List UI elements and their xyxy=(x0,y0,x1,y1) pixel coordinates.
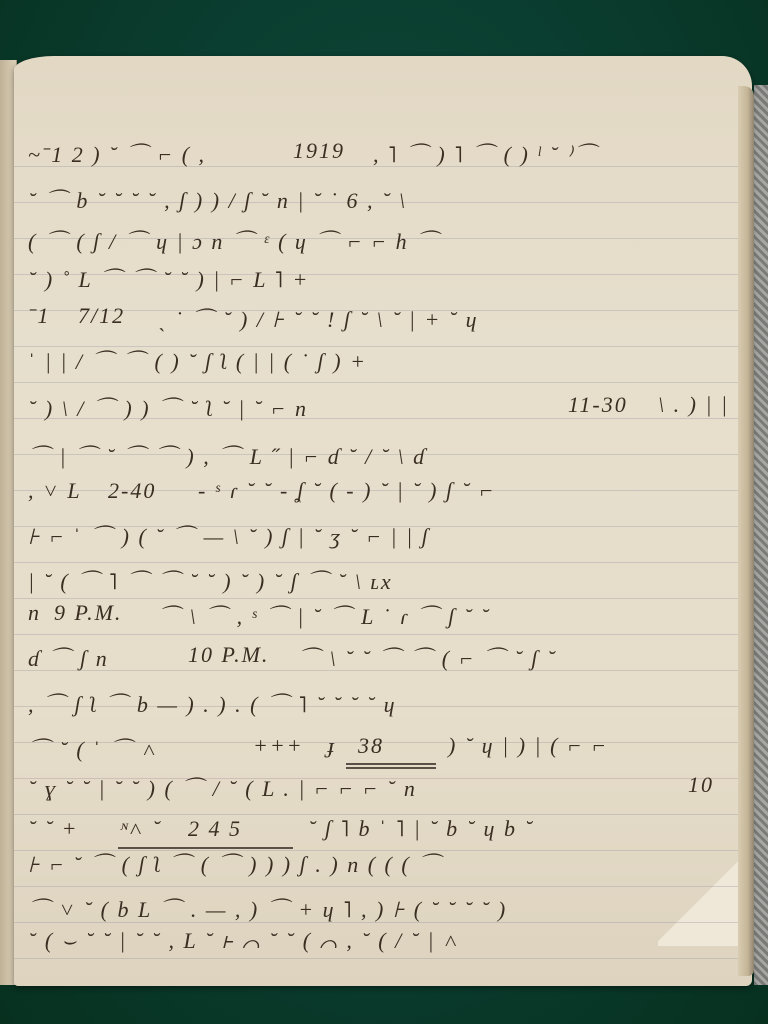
double-underline xyxy=(346,767,436,769)
page-ref-text: 10 xyxy=(688,772,714,798)
shorthand-line-14: , ⌒ ʃ ʅ ⌒ b — ) . ) . ( ⌒ ˥ ˘ ˘ ˘ ˘ ɥ xyxy=(28,688,748,724)
double-underline xyxy=(346,763,436,765)
number-text-38: 38 xyxy=(358,733,384,759)
shorthand-line-10: ⊦ ⌐ ˈ ⌒ ) ( ˘ ⌒ — \ ˘ ) ʃ | ˘ ʒ ˘ ⌐ | | … xyxy=(28,520,748,556)
ruled-line xyxy=(14,814,738,815)
shorthand-line-13: ɗ ⌒ ʃ n 10 P.M. ⌒ \ ˘ ˘ ⌒ ⌒ ( ⌐ ⌒ ˘ ʃ ˘ xyxy=(28,642,748,678)
shorthand-line-6: ˈ | | / ⌒ ⌒ ( ) ˘ ʃ ʅ ( | | ( ˙ ʃ ) + xyxy=(28,345,748,381)
shorthand-line-7: ˘ ) \ / ⌒ ) ) ⌒ ˘ ʅ ˘ | ˘ ⌐ n 11-30 \ . … xyxy=(28,392,748,428)
shorthand-line-1: ~ˉ1 2 ) ˘ ⌒ ⌐ ( , 1919 , ˥ ⌒ ) ˥ ⌒ ( ) ˡ… xyxy=(28,138,748,174)
crosses-text: +++ xyxy=(253,733,304,759)
underlined-group-text: 2 4 5 xyxy=(188,816,242,842)
shorthand-line-3: ( ⌒ ( ʃ / ⌒ ɥ | ɔ n ⌒ ᵋ ( ɥ ⌒ ⌐ ⌐ h ⌒ xyxy=(28,225,748,261)
year-text: 1919 xyxy=(293,138,345,164)
time-text-10pm: 10 P.M. xyxy=(188,642,269,668)
ruled-line xyxy=(14,886,738,887)
shorthand-line-16: ˘ ɣ ˘ ˘ | ˘ ˘ ) ( ⌒ / ˘ ( L . | ⌐ ⌐ ⌐ ˘ … xyxy=(28,772,748,808)
shorthand-line-19: ⌒ ˅ ˘ ( b L ⌒ . — , ) ⌒ + ɥ ˥ , ) ⊦ ( ˘ … xyxy=(28,893,748,929)
shorthand-line-18: ⊦ ⌐ ˘ ⌒ ( ʃ ʅ ⌒ ( ⌒ ) ) ) ʃ . ) n ( ( ( … xyxy=(28,848,748,884)
ruled-line xyxy=(14,382,738,383)
shorthand-line-8: ⌒ | ⌒ ˘ ⌒ ⌒ ) , ⌒ L ˝ | ⌐ ɗ ˘ / ˘ \ ɗ xyxy=(28,440,748,476)
ruled-line xyxy=(14,562,738,563)
shorthand-line-5: ˉ1 7/12 ˎ ˙ ⌒ ˘ ) / ⊦ ˘ ˘ ! ʃ ˘ \ ˘ | + … xyxy=(28,303,748,339)
shorthand-line-15: ⌒ ˘ ( ˈ ⌒ ˄ +++ ɟ 38 ) ˘ ɥ | ) | ( ⌐ ⌐ xyxy=(28,733,748,769)
date-text: 7/12 xyxy=(78,303,125,329)
shorthand-line-4: ˘ ) ˚ L ⌒ ⌒ ˘ ˘ ) | ⌐ L ˥ + xyxy=(28,263,748,299)
time-text-9pm: 9 P.M. xyxy=(54,600,122,626)
shorthand-line-9: , ˅ L 2-40 - ˢ ɾ ˘ ˘ - ʆ ˘ ( - ) ˘ | ˘ )… xyxy=(28,478,748,514)
shorthand-line-12: n 9 P.M. ⌒ \ ⌒ , ˢ ⌒ | ˘ ⌒ L ˙ ɾ ⌒ ʃ ˘ ˘ xyxy=(28,600,748,636)
shorthand-line-20: ˘ ( ⌣ ˘ ˘ | ˘ ˘ , L ˘ ⊦ ⌒ ˘ ˘ ( ⌒ , ˘ ( … xyxy=(28,928,748,964)
shorthand-line-11: | ˘ ( ⌒ ˥ ⌒ ⌒ ˘ ˘ ) ˘ ) ˘ ʃ ⌒ ˘ \ ʟx xyxy=(28,565,748,601)
shorthand-line-17: ˘ ˘ + ᶰ˄ ˘ 2 4 5 ˘ ʃ ˥ b ˈ ˥ | ˘ b ˘ ɥ b… xyxy=(28,816,748,852)
time-text-1130: 11-30 xyxy=(568,392,628,418)
shorthand-line-2: ˘ ⌒ b ˘ ˘ ˘ ˘ , ʃ ) ) / ʃ ˘ n | ˘ ˙ 6 , … xyxy=(28,184,748,220)
binding-cloth xyxy=(754,85,768,985)
time-text-240: 2-40 xyxy=(108,478,156,504)
